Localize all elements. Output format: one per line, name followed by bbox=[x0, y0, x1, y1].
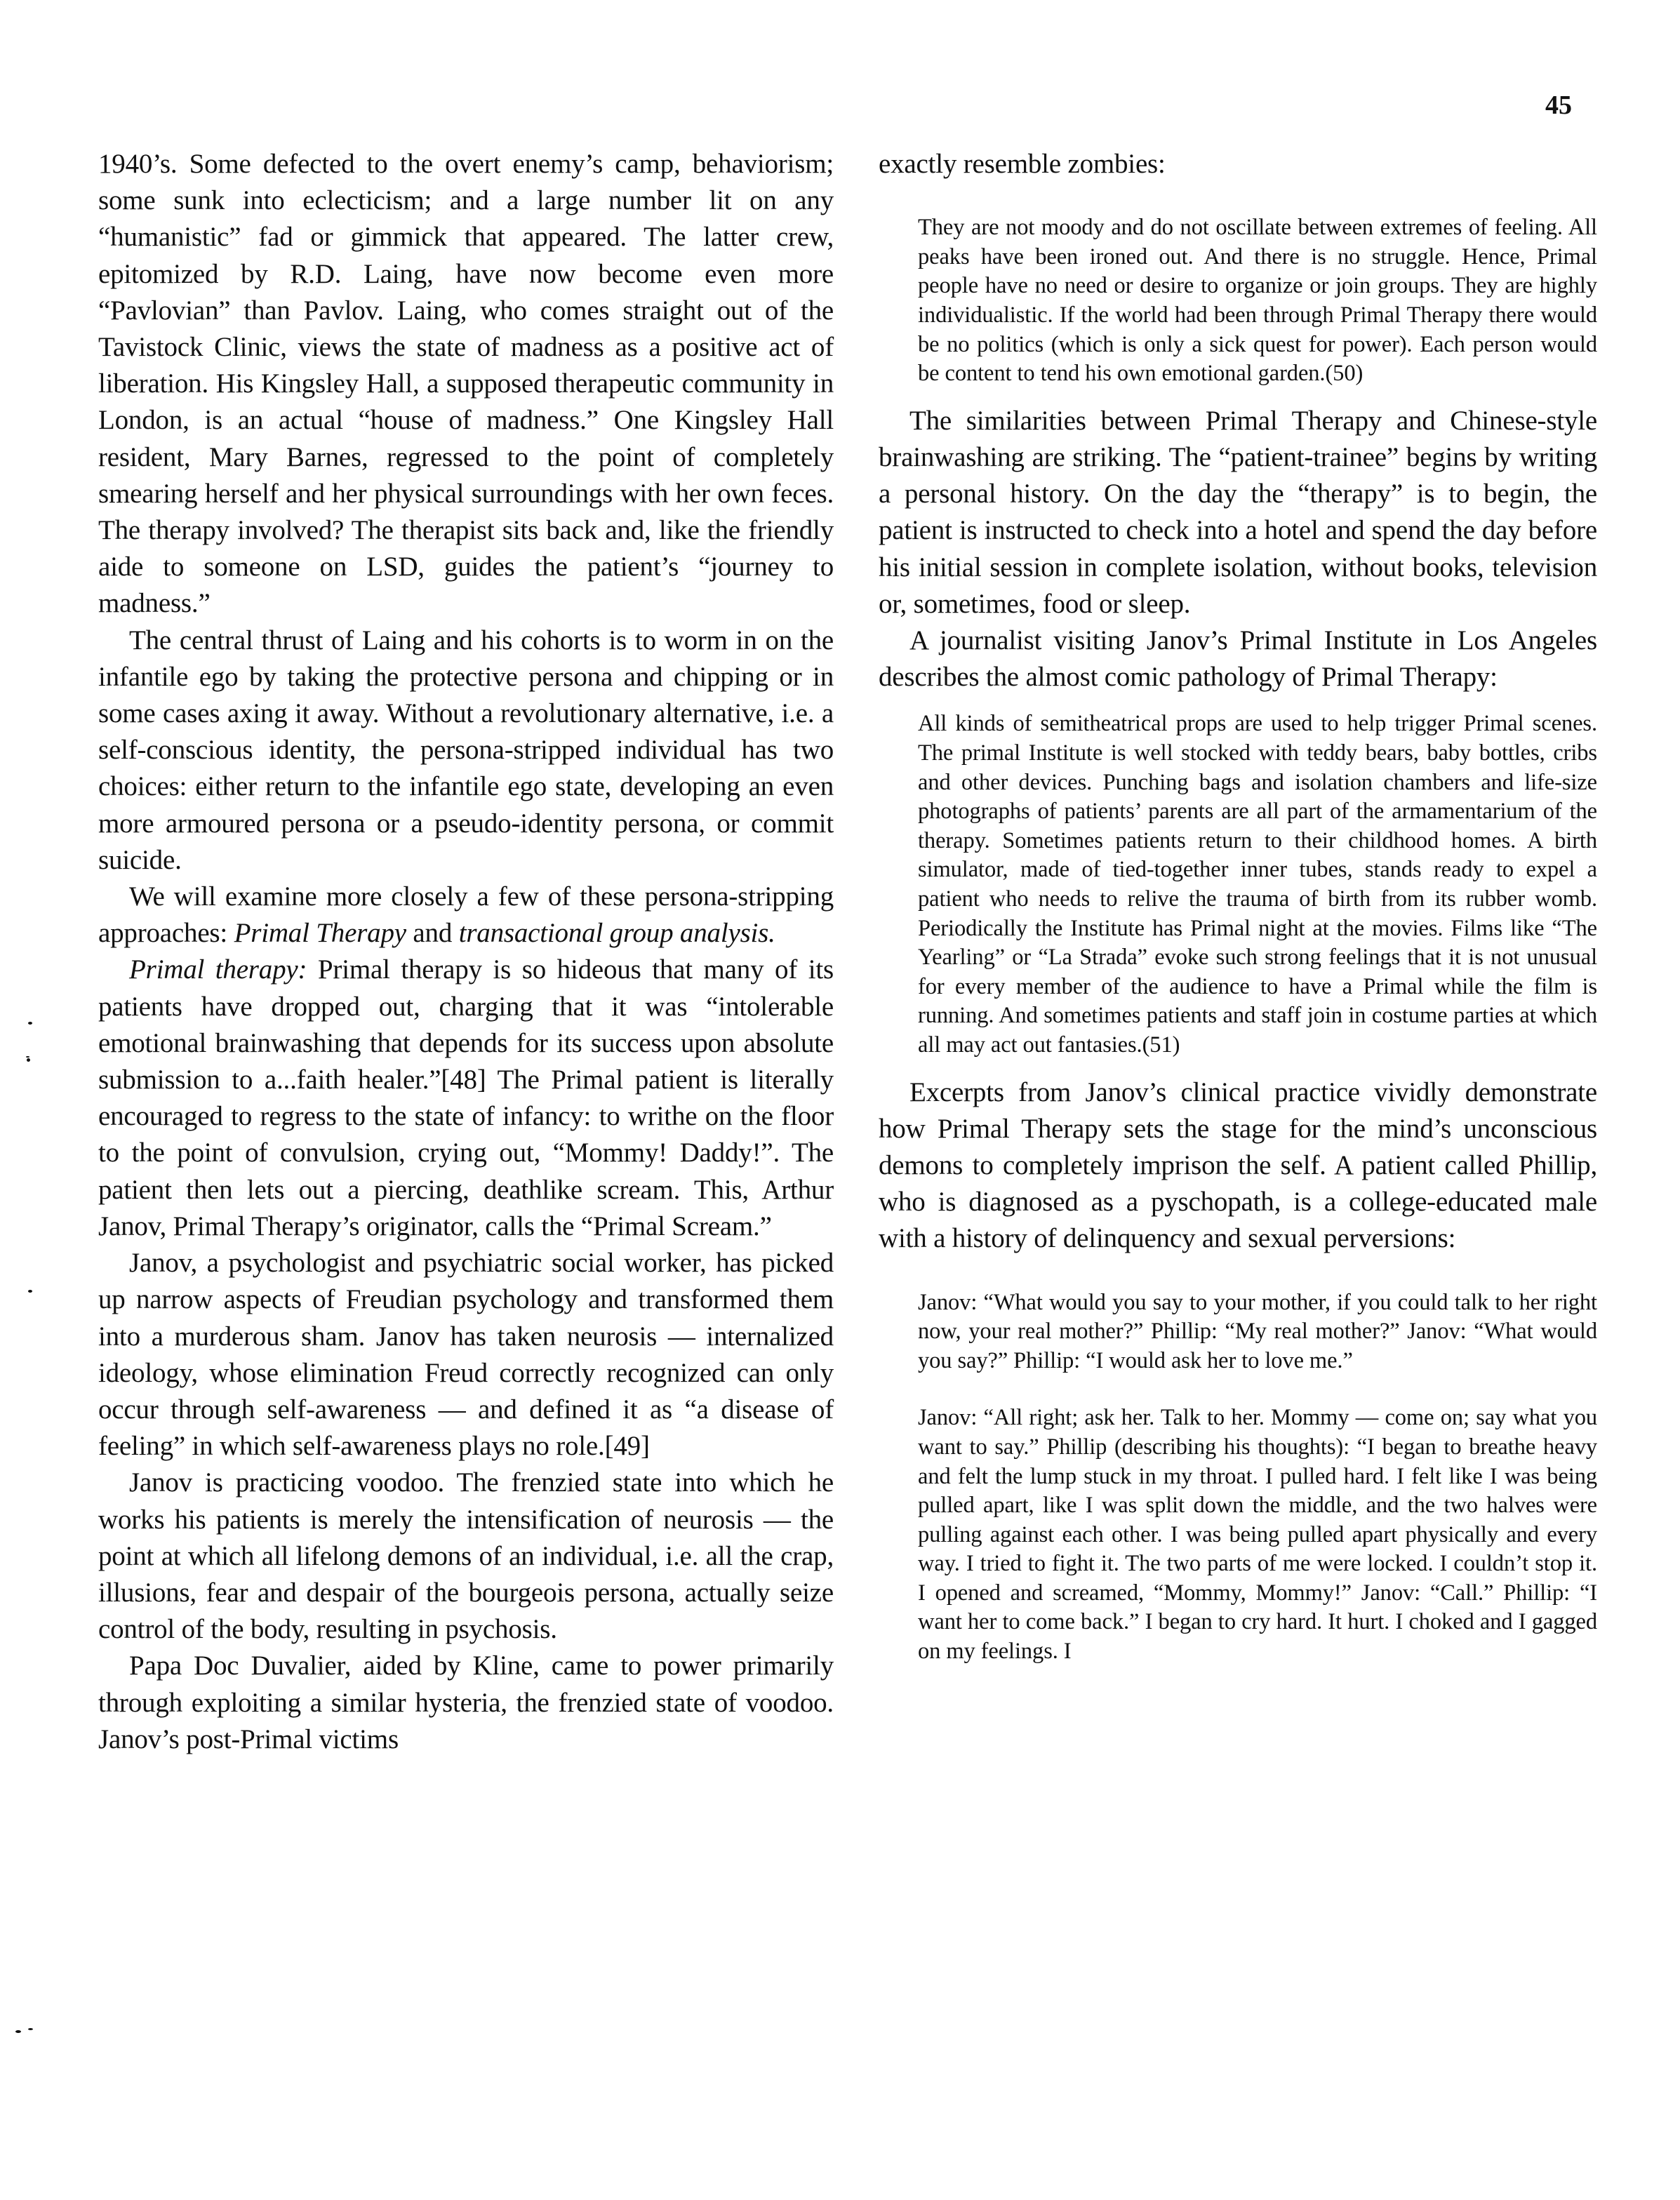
left-column: 1940’s. Some defected to the overt enemy… bbox=[98, 146, 834, 1758]
spacer bbox=[879, 182, 1597, 213]
scan-artifact-mark bbox=[27, 1058, 30, 1062]
scanned-page: 45 1940’s. Some defected to the overt en… bbox=[0, 0, 1680, 2200]
scan-artifact-mark bbox=[15, 2030, 21, 2033]
page-number: 45 bbox=[1545, 90, 1572, 121]
spacer bbox=[879, 1060, 1597, 1074]
body-paragraph: Janov, a psychologist and psychiatric so… bbox=[98, 1245, 834, 1465]
body-paragraph: Excerpts from Janov’s clinical practice … bbox=[879, 1074, 1597, 1258]
section-run-in-heading: Primal therapy: bbox=[129, 954, 307, 985]
body-paragraph: Papa Doc Duvalier, aided by Kline, came … bbox=[98, 1648, 834, 1758]
block-quote: All kinds of semitheatrical props are us… bbox=[879, 709, 1597, 1060]
body-paragraph: The similarities between Primal Therapy … bbox=[879, 403, 1597, 622]
block-quote: Janov: “All right; ask her. Talk to her.… bbox=[879, 1404, 1597, 1666]
scan-artifact-mark bbox=[28, 1290, 32, 1293]
body-paragraph: Primal therapy: Primal therapy is so hid… bbox=[98, 952, 834, 1245]
body-paragraph: A journalist visiting Janov’s Primal Ins… bbox=[879, 622, 1597, 695]
body-paragraph: exactly resemble zombies: bbox=[879, 146, 1597, 182]
spacer bbox=[879, 1375, 1597, 1404]
block-quote: They are not moody and do not oscillate … bbox=[879, 213, 1597, 389]
block-quote: Janov: “What would you say to your mothe… bbox=[879, 1288, 1597, 1376]
spacer bbox=[879, 695, 1597, 709]
emphasized-term: transactional group analysis. bbox=[459, 918, 775, 948]
body-paragraph: Janov is practicing voodoo. The frenzied… bbox=[98, 1465, 834, 1648]
paragraph-text: Primal therapy is so hideous that many o… bbox=[98, 954, 834, 1241]
spacer bbox=[879, 389, 1597, 403]
body-paragraph: The central thrust of Laing and his coho… bbox=[98, 622, 834, 879]
spacer bbox=[879, 1258, 1597, 1288]
scan-artifact-mark bbox=[26, 1056, 29, 1058]
paragraph-text: and bbox=[406, 918, 459, 948]
body-paragraph: We will examine more closely a few of th… bbox=[98, 879, 834, 952]
scan-artifact-mark bbox=[28, 1022, 32, 1025]
scan-artifact-mark bbox=[28, 2028, 33, 2030]
right-column: exactly resemble zombies: They are not m… bbox=[879, 146, 1597, 1667]
body-paragraph: 1940’s. Some defected to the overt enemy… bbox=[98, 146, 834, 622]
emphasized-term: Primal Therapy bbox=[234, 918, 406, 948]
